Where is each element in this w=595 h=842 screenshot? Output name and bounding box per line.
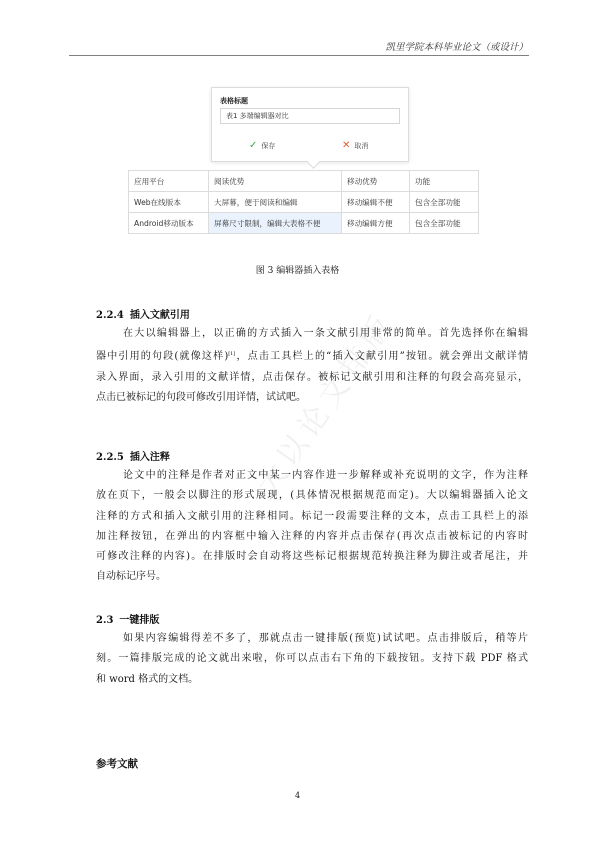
table-row: Web在线版本 大屏幕，便于阅读和编辑 移动编辑不便 包含全部功能	[129, 192, 479, 213]
close-icon: ✕	[342, 140, 350, 151]
text-line: 器中引用的句段(就像这样)[1]，点击工具栏上的“插入文献引用”按钮。就会弹出文…	[96, 344, 528, 367]
section-title: 插入注释	[130, 452, 170, 463]
comparison-table: 应用平台 阅读优势 移动优势 功能 Web在线版本 大屏幕，便于阅读和编辑 移动…	[128, 170, 479, 234]
paragraph-2-2-4: 在大以编辑器上，以正确的方式插入一条文献引用非常的简单。首先选择你在编辑 器中引…	[123, 324, 528, 408]
section-title: 一键排版	[119, 615, 159, 626]
text-line: 在大以编辑器上，以正确的方式插入一条文献引用非常的简单。首先选择你在编辑	[123, 324, 528, 344]
section-heading-2-2-5: 2.2.5插入注释	[96, 448, 170, 463]
table-title-input[interactable]: 表1 多端编辑器对比	[220, 108, 400, 124]
paragraph-2-2-5: 论文中的注释是作者对正文中某一内容作进一步解释或补充说明的文字，作为注释 放在页…	[123, 466, 528, 588]
text-line: 如果内容编辑得差不多了，那就点击一键排版(预览)试试吧。点击排版后，稍等片	[123, 629, 528, 649]
text-line: 点击已被标记的句段可修改引用详情，试试吧。	[96, 388, 528, 408]
table-cell-selected[interactable]: 屏幕尺寸限制，编辑大表格不便	[209, 213, 342, 234]
table-header-cell[interactable]: 阅读优势	[209, 171, 342, 192]
section-heading-2-2-4: 2.2.4插入文献引用	[96, 306, 190, 321]
paragraph-2-3: 如果内容编辑得差不多了，那就点击一键排版(预览)试试吧。点击排版后，稍等片 刻。…	[123, 629, 528, 690]
figure-caption: 图 3 编辑器插入表格	[0, 263, 595, 276]
section-number: 2.3	[96, 615, 113, 626]
text-line: 自动标记序号。	[96, 567, 528, 587]
text-line: 可修改注释的内容)。在排版时会自动将这些标记根据规范转换注释为脚注或者尾注，并	[96, 547, 528, 567]
save-label: 保存	[261, 141, 275, 151]
text-line: 放在页下，一般会以脚注的形式展现，(具体情况根据规范而定)。大以编辑器插入论文	[96, 486, 528, 506]
save-button[interactable]: ✓ 保存	[249, 140, 275, 151]
section-number: 2.2.5	[96, 452, 124, 463]
table-cell[interactable]: 包含全部功能	[410, 213, 479, 234]
table-row: Android移动版本 屏幕尺寸限制，编辑大表格不便 移动编辑方便 包含全部功能	[129, 213, 479, 234]
table-cell[interactable]: 大屏幕，便于阅读和编辑	[209, 192, 342, 213]
text-line: 注释的方式和插入文献引用的注释相同。标记一段需要注释的文本，点击工具栏上的添	[96, 507, 528, 527]
figure-3: 表格标题 表1 多端编辑器对比 ✓ 保存 ✕ 取消 应用平台 阅读优势 移动优势…	[0, 0, 595, 280]
table-cell[interactable]: 移动编辑方便	[342, 213, 410, 234]
table-header-cell[interactable]: 应用平台	[129, 171, 209, 192]
text-line: 刻。一篇排版完成的论文就出来啦，你可以点击右下角的下载按钮。支持下载 PDF 格…	[96, 649, 528, 669]
section-title: 插入文献引用	[130, 310, 190, 321]
text-line: 论文中的注释是作者对正文中某一内容作进一步解释或补充说明的文字，作为注释	[123, 466, 528, 486]
popup-label: 表格标题	[220, 96, 248, 106]
check-icon: ✓	[249, 140, 257, 151]
cancel-label: 取消	[354, 141, 368, 151]
text-line: 和 word 格式的文档。	[96, 670, 528, 690]
table-header-row: 应用平台 阅读优势 移动优势 功能	[129, 171, 479, 192]
cancel-button[interactable]: ✕ 取消	[342, 140, 368, 151]
section-heading-2-3: 2.3一键排版	[96, 611, 159, 626]
table-cell[interactable]: 移动编辑不便	[342, 192, 410, 213]
section-number: 2.2.4	[96, 310, 124, 321]
table-cell[interactable]: 包含全部功能	[410, 192, 479, 213]
table-header-cell[interactable]: 移动优势	[342, 171, 410, 192]
references-heading: 参考文献	[96, 756, 138, 771]
text-line: 加注释按钮，在弹出的内容框中输入注释的内容并点击保存(再次点击被标记的内容时	[96, 527, 528, 547]
table-title-popup: 表格标题 表1 多端编辑器对比 ✓ 保存 ✕ 取消	[211, 87, 409, 162]
table-cell[interactable]: Android移动版本	[129, 213, 209, 234]
table-cell[interactable]: Web在线版本	[129, 192, 209, 213]
text-line: 录入界面，录入引用的文献详情，点击保存。被标记文献引用和注释的句段会高亮显示，	[96, 368, 528, 388]
page-number: 4	[0, 791, 595, 800]
citation-marker[interactable]: [1]	[228, 351, 235, 357]
table-header-cell[interactable]: 功能	[410, 171, 479, 192]
